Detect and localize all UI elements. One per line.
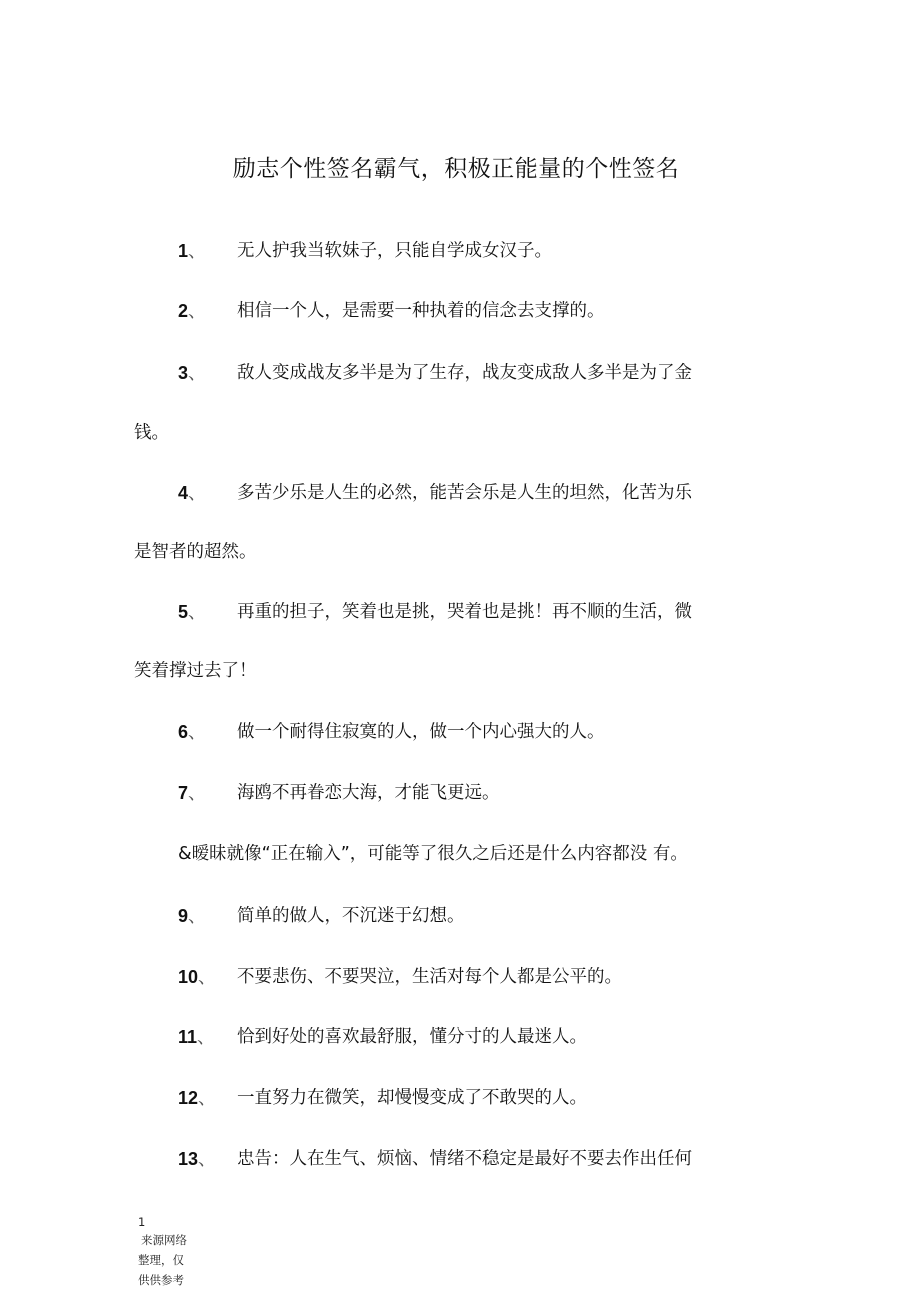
item-separator: 、 [188, 722, 206, 742]
item-number: 2 [178, 301, 188, 321]
item-number: 1 [178, 241, 188, 261]
item-text: 不要悲伤、不要哭泣，生活对每个人都是公平的。 [237, 964, 622, 990]
item-text-continuation: 钱。 [134, 420, 169, 446]
document-title: 励志个性签名霸气，积极正能量的个性签名 [0, 152, 912, 186]
item-separator: 、 [198, 967, 216, 987]
list-item-special: &暧昧就像“正在输入”，可能等了很久之后还是什么内容都没 有。 [178, 841, 688, 867]
item-text: 无人护我当软妹子，只能自学成女汉子。 [237, 238, 552, 264]
item-separator: 、 [188, 602, 206, 622]
item-text: 相信一个人，是需要一种执着的信念去支撑的。 [237, 298, 605, 324]
item-text: 忠告：人在生气、烦恼、情绪不稳定是最好不要去作出任何 [237, 1146, 692, 1172]
item-number: 9 [178, 906, 188, 926]
item-separator: 、 [197, 1027, 215, 1047]
item-number: 11 [178, 1027, 197, 1047]
item-separator: 、 [188, 241, 206, 261]
footer-note-line3: 供供参考 [138, 1270, 184, 1290]
item-number: 4 [178, 483, 188, 503]
item-text-continuation: 笑着撑过去了！ [134, 658, 257, 684]
item-number: 10 [178, 967, 198, 987]
item-number: 13 [178, 1149, 198, 1169]
item-separator: 、 [198, 1149, 216, 1169]
footer-note-line1: 来源网络 [141, 1230, 187, 1250]
item-text: 海鸥不再眷恋大海，才能飞更远。 [237, 780, 500, 806]
item-separator: 、 [198, 1088, 216, 1108]
item-separator: 、 [188, 301, 206, 321]
item-number: 6 [178, 722, 188, 742]
item-number: 12 [178, 1088, 198, 1108]
item-separator: 、 [188, 783, 206, 803]
item-text: 做一个耐得住寂寞的人，做一个内心强大的人。 [237, 719, 605, 745]
item-text: 敌人变成战友多半是为了生存，战友变成敌人多半是为了金 [237, 360, 692, 386]
item-text-continuation: 是智者的超然。 [134, 539, 257, 565]
item-separator: 、 [188, 483, 206, 503]
item-text: 恰到好处的喜欢最舒服，懂分寸的人最迷人。 [237, 1024, 587, 1050]
item-number: 5 [178, 602, 188, 622]
item-text: 再重的担子，笑着也是挑，哭着也是挑！再不顺的生活，微 [237, 599, 692, 625]
item-separator: 、 [188, 906, 206, 926]
item-separator: 、 [188, 363, 206, 383]
item-number: 7 [178, 783, 188, 803]
page-number: 1 [138, 1212, 145, 1232]
item-text: 多苦少乐是人生的必然，能苦会乐是人生的坦然，化苦为乐 [237, 480, 692, 506]
item-text: 简单的做人，不沉迷于幻想。 [237, 903, 465, 929]
item-number: 3 [178, 363, 188, 383]
item-text: 一直努力在微笑，却慢慢变成了不敢哭的人。 [237, 1085, 587, 1111]
footer-note-line2: 整理，仅 [138, 1250, 184, 1270]
